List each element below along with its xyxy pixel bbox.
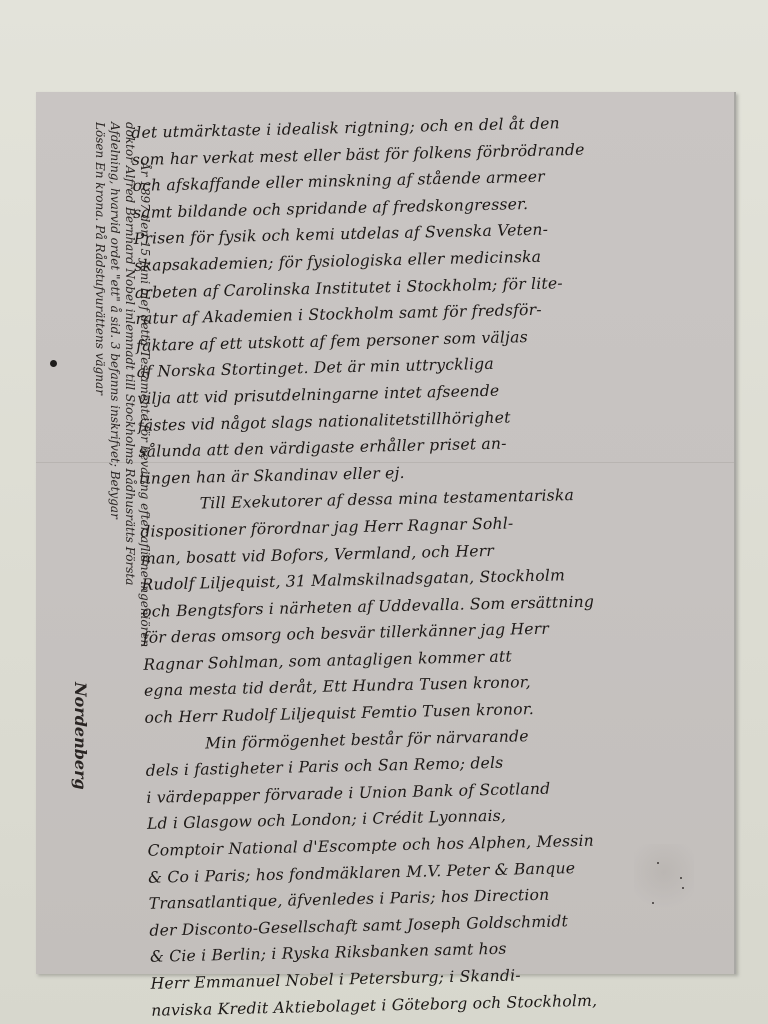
margin-line: Lösen En krona. På Rådstufvurättens vägn… bbox=[92, 122, 107, 942]
margin-line: Afdelning, hvarvid ordet "ett" å sid. 3 … bbox=[107, 122, 122, 942]
paper-stain bbox=[634, 844, 694, 914]
punch-hole-mark bbox=[50, 360, 57, 367]
paper-speck bbox=[652, 902, 654, 904]
paper-speck bbox=[682, 887, 684, 889]
document-page: År 1897 den 15 Juni blef detta Testament… bbox=[36, 92, 736, 974]
clerk-signature: Nordenberg bbox=[73, 122, 88, 942]
paper-speck bbox=[680, 877, 682, 879]
paper-speck bbox=[657, 862, 659, 864]
